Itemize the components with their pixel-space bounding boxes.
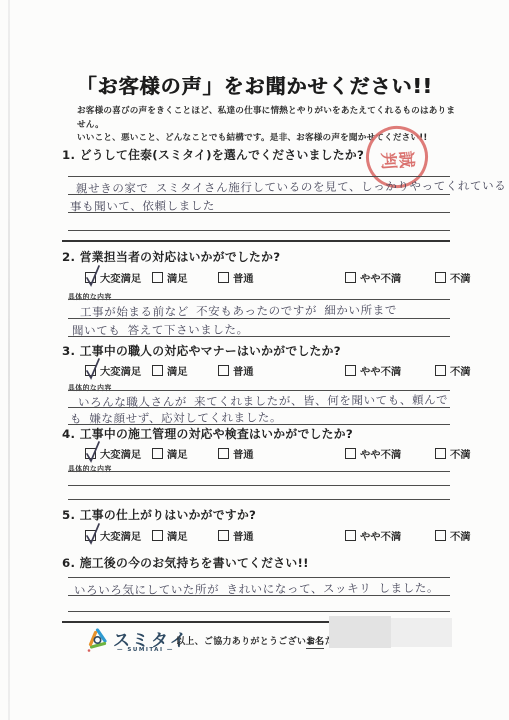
answer-line [68, 212, 450, 213]
q3-options-row: 大変満足 満足 普通 やや不満 不満 [62, 363, 462, 379]
answer-line [68, 499, 450, 500]
checkbox[interactable] [218, 530, 229, 541]
checkbox-checked[interactable] [85, 448, 96, 459]
checkbox[interactable] [435, 365, 446, 376]
brand-romaji: — SUMITAI — [117, 647, 174, 653]
answer-line [68, 194, 450, 195]
checkbox-checked[interactable] [85, 272, 96, 283]
footer-divider [62, 621, 335, 623]
scanned-survey-sheet: 「お客様の声」をお聞かせください!! お客様の喜びの声をきくことほど、私達の仕事… [0, 0, 509, 720]
answer-line [68, 176, 450, 177]
answer-line [68, 611, 450, 612]
question-3-heading: 3. 工事中の職人の対応やマナーはいかがでしたか? [62, 342, 341, 359]
question-2-heading: 2. 営業担当者の対応はいかがでしたか? [62, 248, 280, 265]
scan-edge-artifact [8, 0, 10, 720]
checkbox[interactable] [218, 272, 229, 283]
answer-line [68, 577, 450, 578]
redaction-box [329, 616, 391, 648]
checkbox[interactable] [435, 530, 446, 541]
section-divider [62, 240, 450, 242]
checkbox[interactable] [152, 530, 163, 541]
answer-line [68, 485, 450, 486]
stamp-text: 誠判 [378, 147, 415, 166]
question-5-heading: 5. 工事の仕上がりはいかがですか? [62, 506, 256, 523]
checkbox[interactable] [152, 272, 163, 283]
answer-line [68, 595, 450, 596]
checkbox[interactable] [218, 448, 229, 459]
checkbox[interactable] [435, 448, 446, 459]
checkbox[interactable] [435, 272, 446, 283]
checkbox[interactable] [152, 448, 163, 459]
answer-line [68, 336, 450, 337]
answer-line [68, 407, 450, 408]
q5-options-row: 大変満足 満足 普通 やや不満 不満 [62, 528, 462, 544]
q2-options-row: 大変満足 満足 普通 やや不満 不満 [62, 270, 462, 286]
checkbox[interactable] [345, 365, 356, 376]
question-6-heading: 6. 施工後の今のお気持ちを書いてください!! [62, 554, 309, 571]
answer-line [68, 318, 450, 319]
question-4-heading: 4. 工事中の施工管理の対応や検査はいかがでしたか? [62, 425, 353, 442]
name-field-label: お名 [306, 634, 324, 649]
answer-line [68, 471, 450, 472]
answer-line [68, 299, 450, 300]
answer-line [68, 390, 450, 391]
checkbox-checked[interactable] [85, 530, 96, 541]
checkbox-checked[interactable] [85, 365, 96, 376]
checkbox[interactable] [345, 448, 356, 459]
checkbox[interactable] [345, 272, 356, 283]
checkbox[interactable] [152, 365, 163, 376]
q4-options-row: 大変満足 満足 普通 やや不満 不満 [62, 446, 462, 462]
redaction-box [391, 618, 452, 647]
checkbox[interactable] [218, 365, 229, 376]
sumitai-logo-icon [85, 627, 110, 654]
question-1-heading: 1. どうして住泰(スミタイ)を選んでくださいましたか? [62, 146, 364, 163]
page-title: 「お客様の声」をお聞かせください!! [0, 70, 509, 99]
answer-line [68, 230, 450, 231]
checkbox[interactable] [345, 530, 356, 541]
